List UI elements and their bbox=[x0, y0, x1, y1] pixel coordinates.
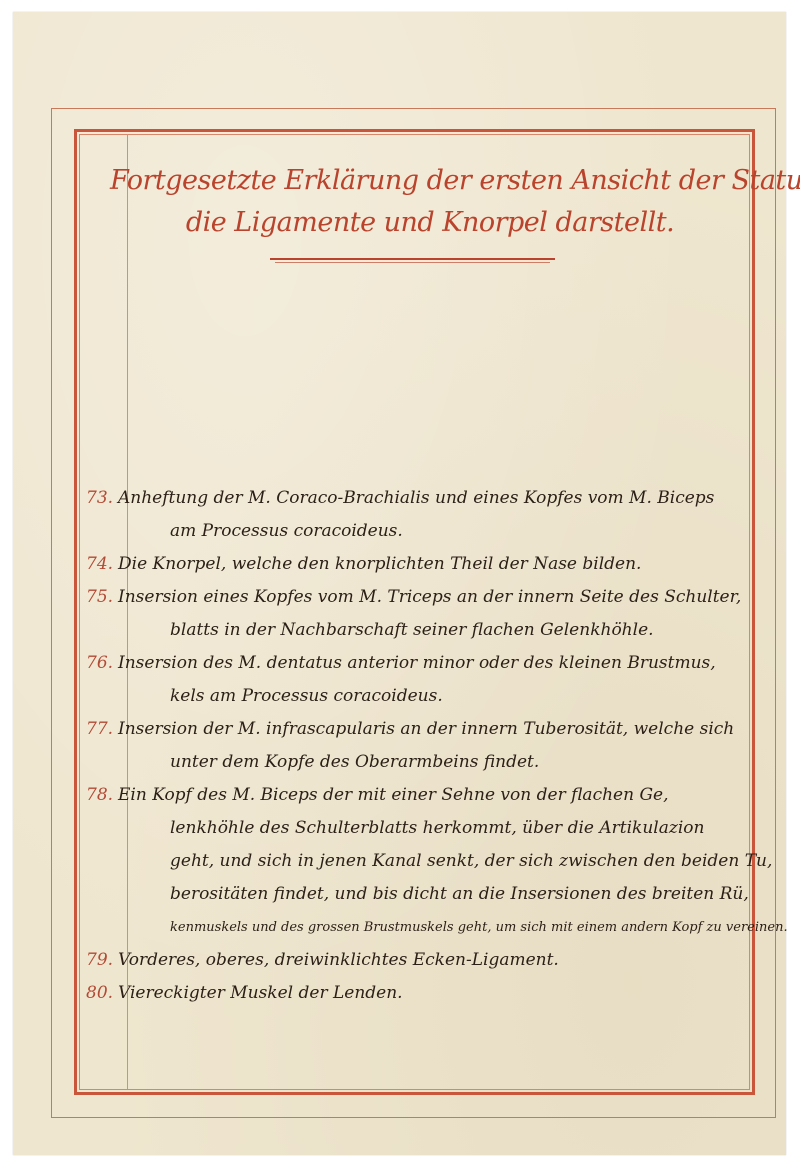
entry-number: 74. bbox=[86, 548, 118, 581]
title-line-2: die Ligamente und Knorpel darstellt. bbox=[110, 202, 750, 244]
entry-number: 80. bbox=[86, 977, 118, 1010]
entry-text-continued: blatts in der Nachbarschaft seiner flach… bbox=[170, 614, 766, 647]
entry-number: 79. bbox=[86, 944, 118, 977]
entry-77: 77. Insersion der M. infrascapularis an … bbox=[76, 713, 766, 779]
entry-text-continued: unter dem Kopfe des Oberarmbeins findet. bbox=[170, 746, 766, 779]
entry-number: 78. bbox=[86, 779, 118, 812]
title-underline-thin bbox=[275, 262, 550, 263]
page-title: Fortgesetzte Erklärung der ersten Ansich… bbox=[110, 160, 750, 244]
entry-number: 77. bbox=[86, 713, 118, 746]
entry-text: Insersion des M. dentatus anterior minor… bbox=[118, 647, 766, 680]
entry-text: Insersion der M. infrascapularis an der … bbox=[118, 713, 766, 746]
entry-text-continued: geht, und sich in jenen Kanal senkt, der… bbox=[170, 845, 766, 878]
entry-text: Insersion eines Kopfes vom M. Triceps an… bbox=[118, 581, 766, 614]
entry-number: 73. bbox=[86, 482, 118, 515]
title-line-1: Fortgesetzte Erklärung der ersten Ansich… bbox=[110, 160, 750, 202]
title-underline bbox=[270, 258, 555, 260]
entry-text: Viereckigter Muskel der Lenden. bbox=[118, 977, 766, 1010]
entry-73: 73. Anheftung der M. Coraco-Brachialis u… bbox=[76, 482, 766, 548]
entry-text-continued: lenkhöhle des Schulterblatts herkommt, ü… bbox=[170, 812, 766, 845]
entry-text: Ein Kopf des M. Biceps der mit einer Seh… bbox=[118, 779, 766, 812]
entry-80: 80. Viereckigter Muskel der Lenden. bbox=[76, 977, 766, 1010]
entry-75: 75. Insersion eines Kopfes vom M. Tricep… bbox=[76, 581, 766, 647]
entry-text: Vorderes, oberes, dreiwinklichtes Ecken-… bbox=[118, 944, 766, 977]
entry-text-continued: kenmuskels und des grossen Brustmuskels … bbox=[170, 911, 766, 944]
entry-74: 74. Die Knorpel, welche den knorplichten… bbox=[76, 548, 766, 581]
entry-76: 76. Insersion des M. dentatus anterior m… bbox=[76, 647, 766, 713]
entry-number: 75. bbox=[86, 581, 118, 614]
entry-text: Anheftung der M. Coraco-Brachialis und e… bbox=[118, 482, 766, 515]
entry-text: Die Knorpel, welche den knorplichten The… bbox=[118, 548, 766, 581]
entry-78: 78. Ein Kopf des M. Biceps der mit einer… bbox=[76, 779, 766, 944]
entry-list: 73. Anheftung der M. Coraco-Brachialis u… bbox=[76, 482, 766, 1010]
entry-text-continued: am Processus coracoideus. bbox=[170, 515, 766, 548]
entry-79: 79. Vorderes, oberes, dreiwinklichtes Ec… bbox=[76, 944, 766, 977]
entry-text-continued: kels am Processus coracoideus. bbox=[170, 680, 766, 713]
entry-text-continued: berositäten findet, und bis dicht an die… bbox=[170, 878, 766, 911]
entry-number: 76. bbox=[86, 647, 118, 680]
